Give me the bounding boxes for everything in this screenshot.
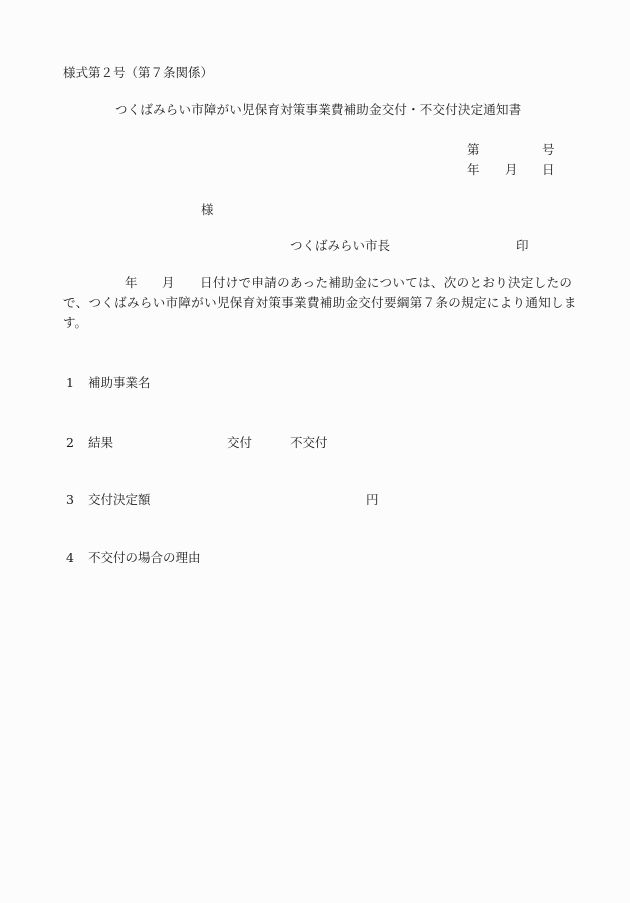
body-text-line3: す。 bbox=[63, 317, 87, 330]
date-year: 年 bbox=[467, 164, 480, 177]
document-number-suffix: 号 bbox=[542, 144, 555, 157]
item-3-unit: 円 bbox=[366, 494, 379, 507]
issuer-name: つくばみらい市長 bbox=[290, 240, 390, 253]
item-1-number: 1 bbox=[66, 377, 74, 390]
item-4-label: 不交付の場合の理由 bbox=[88, 552, 201, 565]
item-2-number: 2 bbox=[66, 437, 74, 450]
document-number-prefix: 第 bbox=[467, 144, 480, 157]
item-1-label: 補助事業名 bbox=[88, 377, 151, 390]
date-day: 日 bbox=[542, 164, 555, 177]
body-text-line2: で、つくばみらい市障がい児保育対策事業費補助金交付要綱第７条の規定により通知しま bbox=[63, 297, 577, 310]
date-month: 月 bbox=[505, 164, 518, 177]
item-2-label: 結果 bbox=[88, 437, 113, 450]
issuer-seal: 印 bbox=[516, 240, 529, 253]
item-3-label: 交付決定額 bbox=[88, 494, 151, 507]
document-title: つくばみらい市障がい児保育対策事業費補助金交付・不交付決定通知書 bbox=[115, 104, 521, 117]
result-option-grant: 交付 bbox=[227, 437, 252, 450]
body-date-year: 年 bbox=[125, 277, 138, 290]
recipient-honorific: 様 bbox=[201, 204, 214, 217]
item-3-number: 3 bbox=[66, 494, 74, 507]
form-label: 様式第２号（第７条関係） bbox=[63, 67, 213, 80]
body-text-line1: 日付けで申請のあった補助金については、次のとおり決定したの bbox=[200, 277, 572, 290]
body-date-month: 月 bbox=[162, 277, 175, 290]
item-4-number: 4 bbox=[66, 552, 74, 565]
result-option-no-grant: 不交付 bbox=[290, 437, 328, 450]
